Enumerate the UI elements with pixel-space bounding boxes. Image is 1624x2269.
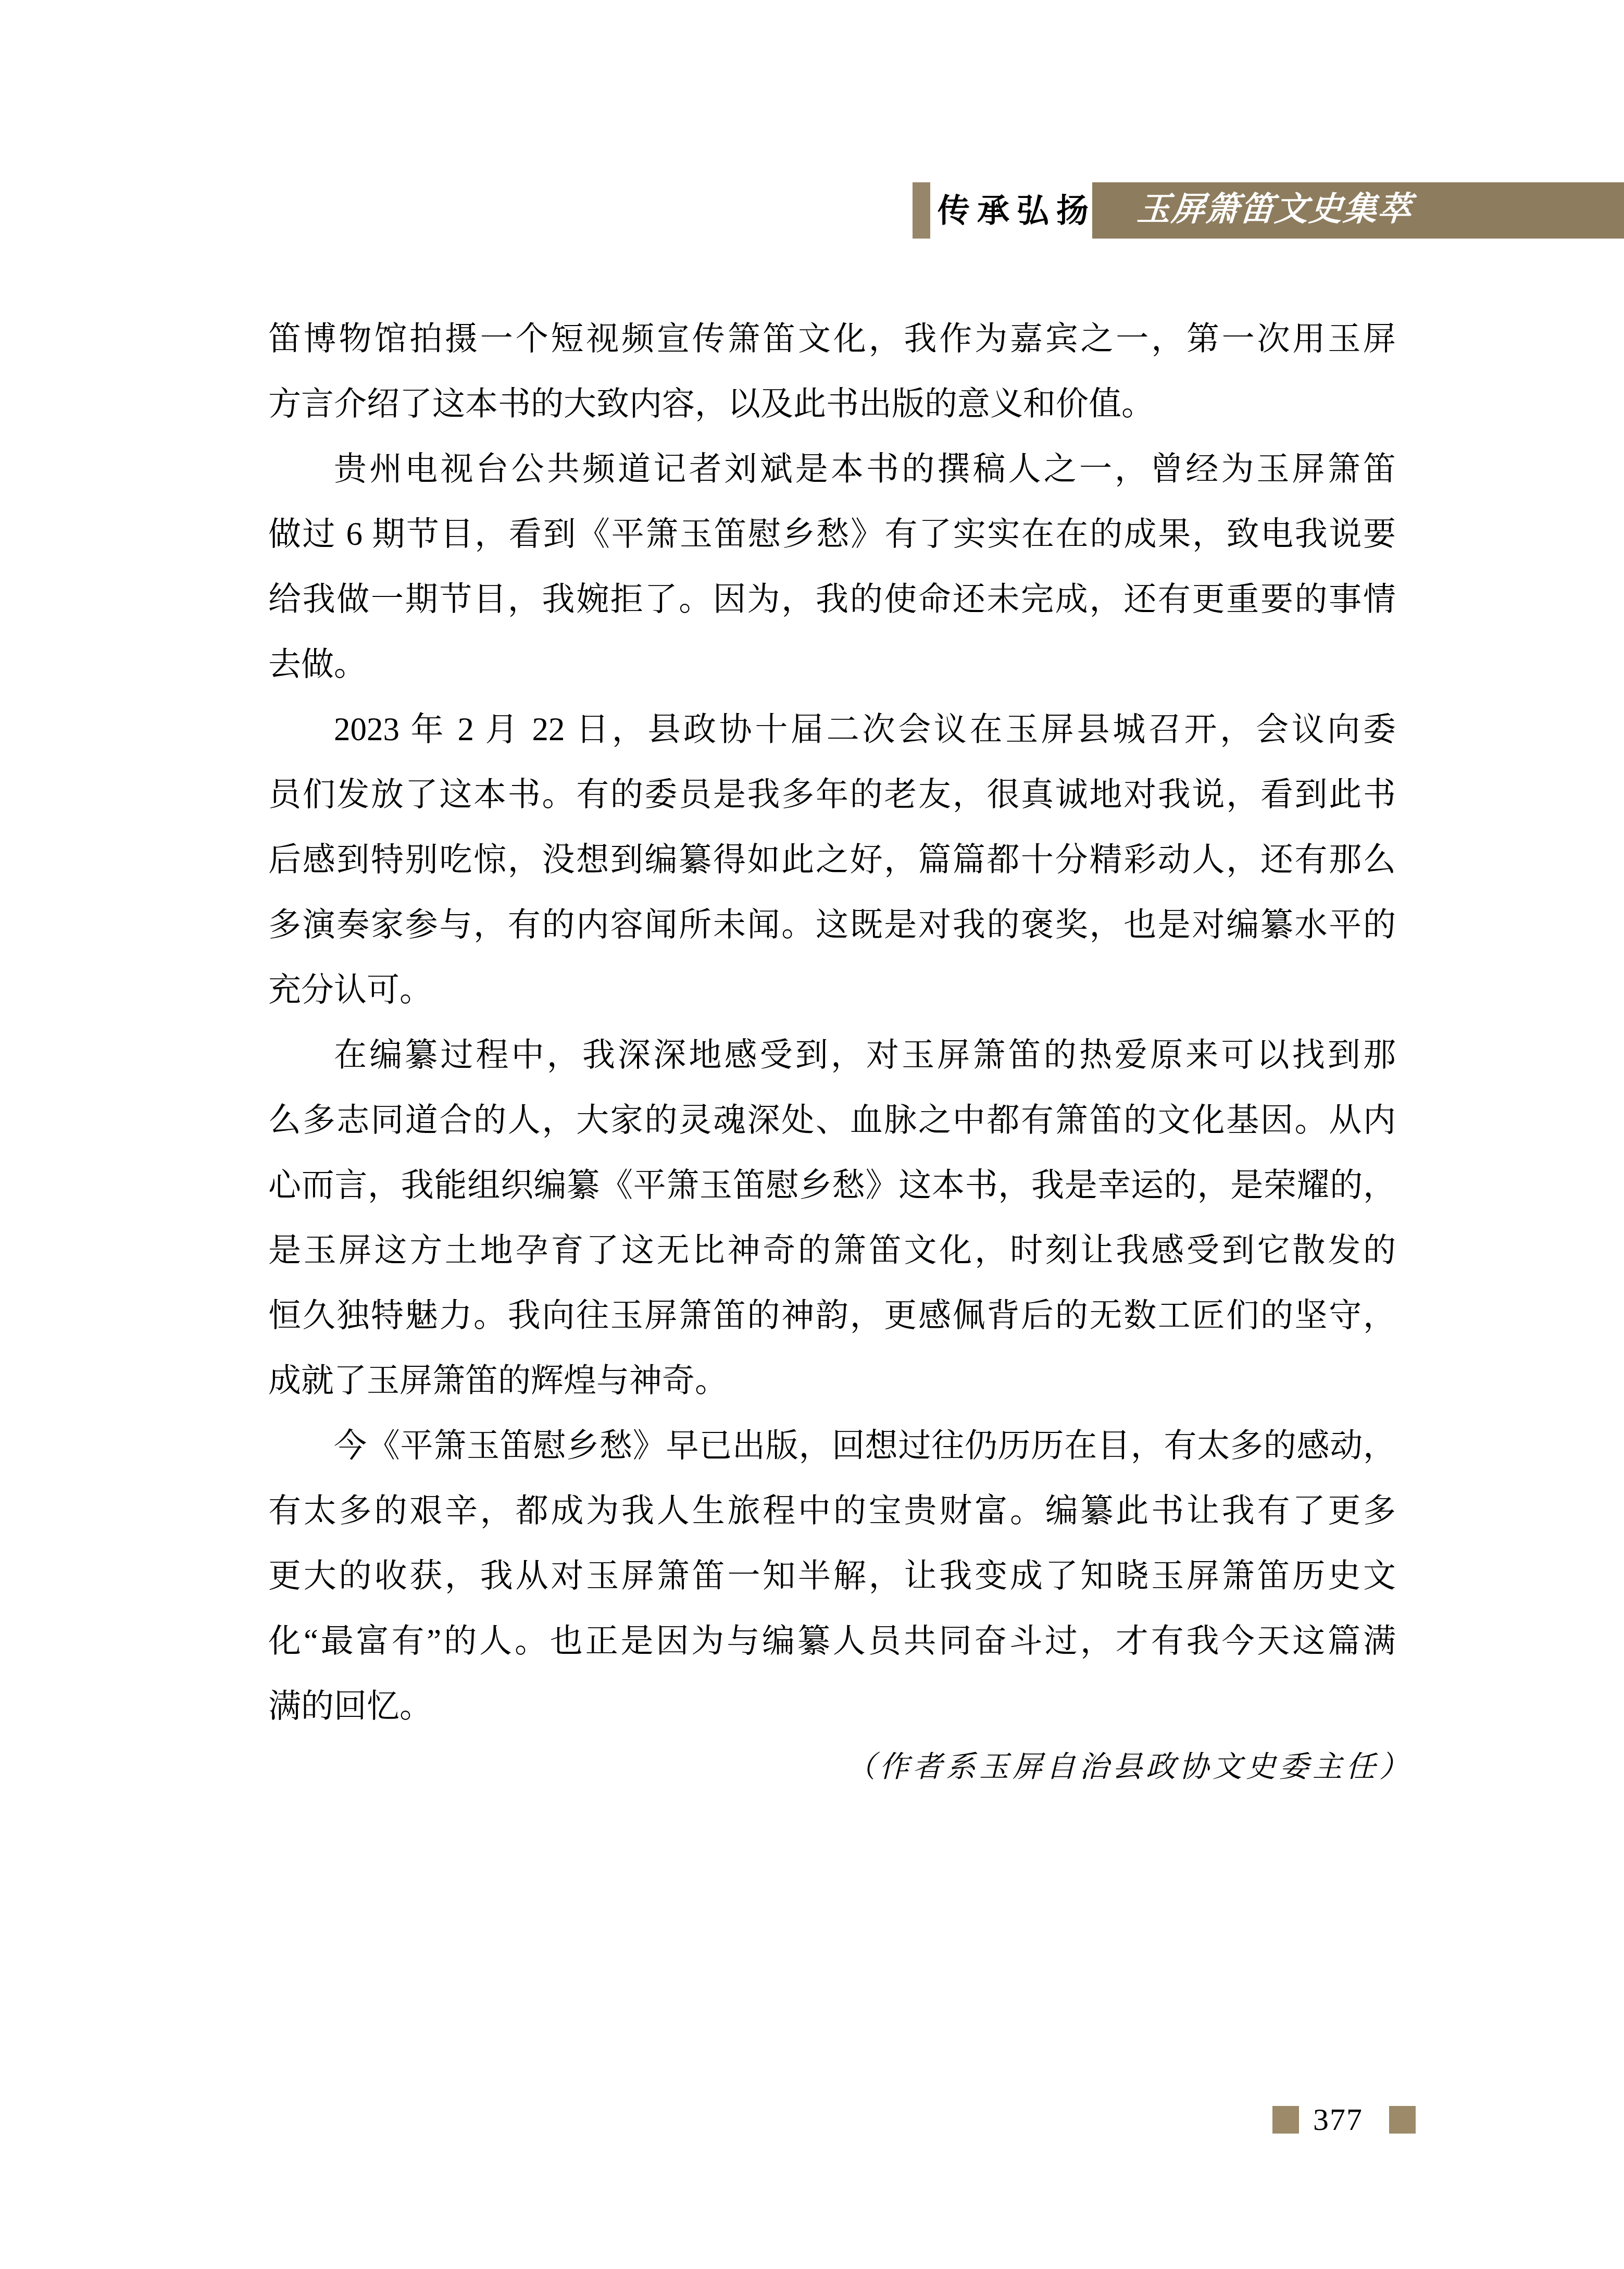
paragraph-5-line-4: 化“最富有”的人。也正是因为与编纂人员共同奋斗过，才有我今天这篇满 <box>268 1609 1396 1674</box>
paragraph-3-line-2: 员们发放了这本书。有的委员是我多年的老友，很真诚地对我说，看到此书 <box>268 762 1396 827</box>
page-footer: 377 <box>1272 2106 1416 2134</box>
paragraph-4-line-2: 么多志同道合的人，大家的灵魂深处、血脉之中都有箫笛的文化基因。从内 <box>268 1088 1396 1153</box>
paragraph-3-line-5: 充分认可。 <box>268 957 1396 1023</box>
paragraph-2-line-1: 贵州电视台公共频道记者刘斌是本书的撰稿人之一，曾经为玉屏箫笛 <box>268 437 1396 502</box>
paragraph-3-line-4: 多演奏家参与，有的内容闻所未闻。这既是对我的褒奖，也是对编纂水平的 <box>268 892 1396 957</box>
paragraph-4-line-3: 心而言，我能组织编纂《平箫玉笛慰乡愁》这本书，我是幸运的，是荣耀的， <box>268 1153 1396 1218</box>
paragraph-4-line-6: 成就了玉屏箫笛的辉煌与神奇。 <box>268 1348 1396 1413</box>
paragraph-5-line-1: 今《平箫玉笛慰乡愁》早已出版，回想过往仍历历在目，有太多的感动， <box>268 1413 1396 1478</box>
page: 传承弘扬 玉屏箫笛文史集萃 笛博物馆拍摄一个短视频宣传箫笛文化，我作为嘉宾之一，… <box>0 0 1624 2269</box>
footer-left-square <box>1272 2106 1299 2134</box>
paragraph-1-line-2: 方言介绍了这本书的大致内容，以及此书出版的意义和价值。 <box>268 371 1396 437</box>
article-body: 笛博物馆拍摄一个短视频宣传箫笛文化，我作为嘉宾之一，第一次用玉屏方言介绍了这本书… <box>268 306 1396 1739</box>
paragraph-3-line-3: 后感到特别吃惊，没想到编纂得如此之好，篇篇都十分精彩动人，还有那么 <box>268 827 1396 892</box>
paragraph-3-line-1: 2023 年 2 月 22 日，县政协十届二次会议在玉屏县城召开，会议向委 <box>268 697 1396 762</box>
paragraph-5-line-3: 更大的收获，我从对玉屏箫笛一知半解，让我变成了知晓玉屏箫笛历史文 <box>268 1543 1396 1609</box>
paragraph-2-line-3: 给我做一期节目，我婉拒了。因为，我的使命还未完成，还有更重要的事情 <box>268 567 1396 632</box>
paragraph-5-line-5: 满的回忆。 <box>268 1674 1396 1739</box>
section-label: 传承弘扬 <box>938 182 1096 239</box>
paragraph-2-line-4: 去做。 <box>268 632 1396 697</box>
paragraph-4-line-5: 恒久独特魅力。我向往玉屏箫笛的神韵，更感佩背后的无数工匠们的坚守， <box>268 1283 1396 1348</box>
banner-title: 玉屏箫笛文史集萃 <box>1135 182 1414 239</box>
page-number: 377 <box>1313 2106 1363 2134</box>
author-attribution: （作者系玉屏自治县政协文史委主任） <box>846 1735 1413 1800</box>
header-banner: 玉屏箫笛文史集萃 <box>1092 182 1624 239</box>
paragraph-2-line-2: 做过 6 期节目，看到《平箫玉笛慰乡愁》有了实实在在的成果，致电我说要 <box>268 502 1396 567</box>
paragraph-1-line-1: 笛博物馆拍摄一个短视频宣传箫笛文化，我作为嘉宾之一，第一次用玉屏 <box>268 306 1396 371</box>
paragraph-4-line-1: 在编纂过程中，我深深地感受到，对玉屏箫笛的热爱原来可以找到那 <box>268 1023 1396 1088</box>
header-accent-bar <box>913 182 930 239</box>
paragraph-5-line-2: 有太多的艰辛，都成为我人生旅程中的宝贵财富。编纂此书让我有了更多 <box>268 1478 1396 1543</box>
footer-right-square <box>1389 2106 1416 2134</box>
paragraph-4-line-4: 是玉屏这方土地孕育了这无比神奇的箫笛文化，时刻让我感受到它散发的 <box>268 1218 1396 1283</box>
